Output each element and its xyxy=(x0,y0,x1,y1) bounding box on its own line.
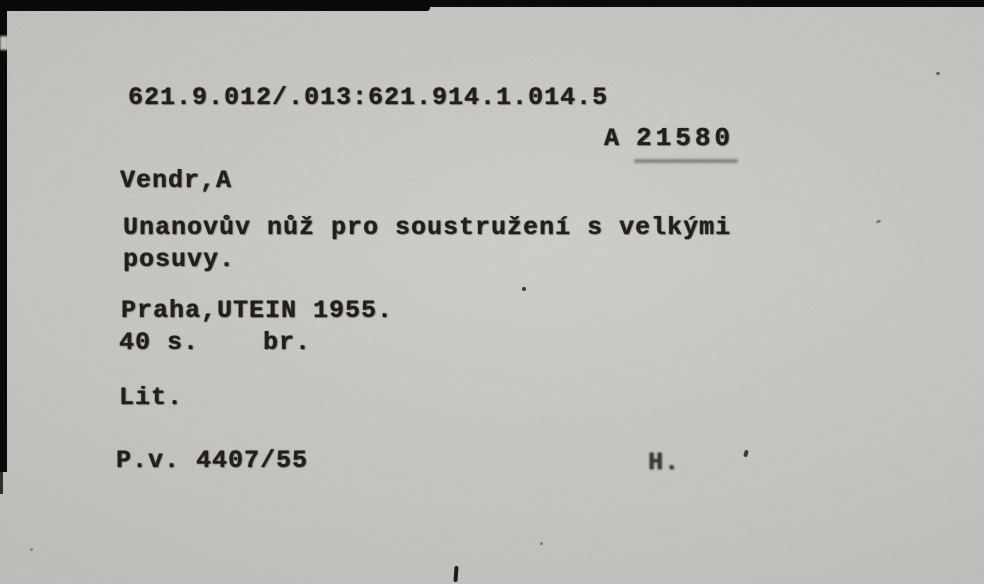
accession-digits: 21580 xyxy=(636,124,734,153)
title-line-1: Unanovův nůž pro soustružení s velkými xyxy=(123,214,731,242)
scan-border-left-lower xyxy=(0,466,3,494)
ink-speck xyxy=(453,566,458,582)
record-number: P.v. 4407/55 xyxy=(116,447,308,475)
ink-speck xyxy=(540,542,543,545)
ink-speck xyxy=(30,548,33,551)
ink-speck xyxy=(936,72,940,75)
imprint-line: Praha,UTEIN 1955. xyxy=(121,297,393,325)
literature-note: Lit. xyxy=(119,384,183,412)
author-line: Vendr,A xyxy=(120,167,232,195)
accession-underline xyxy=(634,159,738,163)
accession-prefix: A xyxy=(604,124,620,153)
udc-classification: 621.9.012/.013:621.914.1.014.5 xyxy=(128,84,608,112)
collation-line: 40 s. br. xyxy=(119,329,311,357)
scan-border-notch xyxy=(0,36,8,50)
ink-speck xyxy=(876,219,882,224)
scan-border-top-left xyxy=(0,0,430,11)
ink-speck xyxy=(743,450,749,458)
accession-number: A21580 xyxy=(604,124,734,153)
ink-speck xyxy=(522,287,526,291)
scan-border-left xyxy=(0,0,7,472)
cataloguer-initial: H. xyxy=(648,449,680,477)
title-line-2: posuvy. xyxy=(123,246,235,274)
catalog-card-scan: 621.9.012/.013:621.914.1.014.5 A21580 Ve… xyxy=(0,0,984,584)
